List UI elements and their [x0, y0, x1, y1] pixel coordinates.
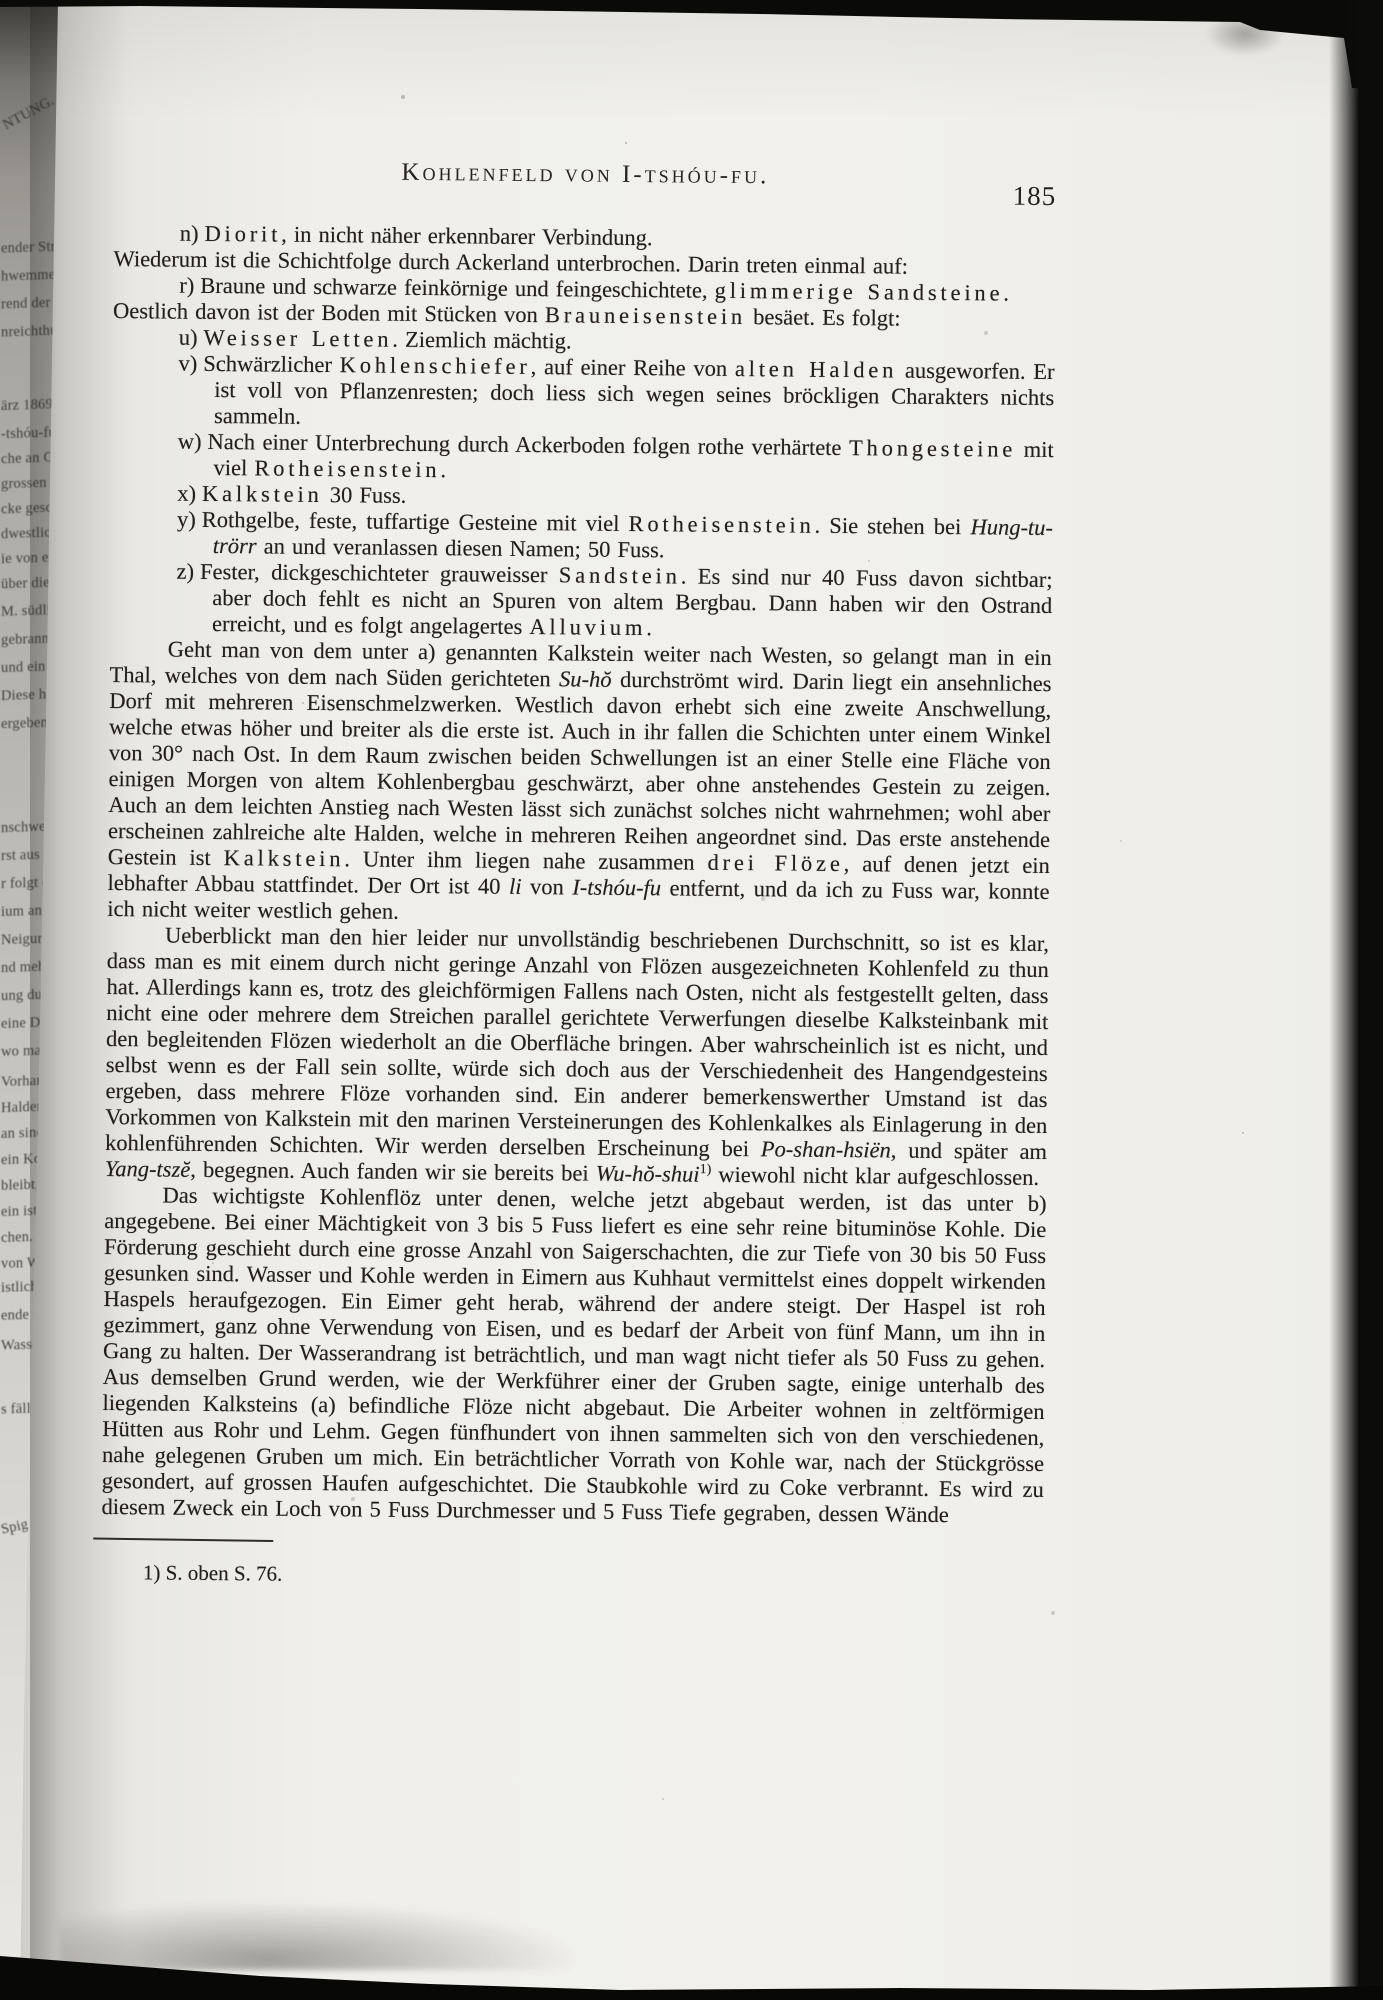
text-segment: Kalkstein — [224, 845, 345, 871]
text-segment: Schwärzlicher — [203, 351, 340, 377]
list-item-z: z)Fester, dickgeschichteter grauweisser … — [110, 558, 1053, 645]
bleed-text-fragment: rst aus nie — [1, 847, 62, 864]
text-segment: Thongesteine — [849, 435, 1016, 462]
text-segment: Weisser Letten — [203, 325, 392, 352]
item-label: v) — [178, 351, 203, 376]
bleed-text-fragment: Neigungsw — [1, 931, 69, 948]
page-number: 185 — [1013, 181, 1057, 212]
text-segment: wiewohl nicht klar aufgeschlossen. — [711, 1162, 1039, 1190]
text-segment: alten Halden — [735, 356, 898, 383]
paragraph: Geht man von dem unter a) genannten Kalk… — [107, 636, 1052, 931]
paragraph: Das wichtigste Kohlenflöz unter denen, w… — [101, 1182, 1046, 1529]
text-segment: . — [1003, 281, 1009, 306]
text-segment: an und veranlassen diesen Namen; 50 Fuss… — [256, 533, 664, 562]
text-segment: li — [509, 874, 522, 899]
text-segment: . Ziemlich mächtig. — [392, 327, 571, 354]
bleed-text-fragment: über die Ber — [1, 575, 75, 593]
bleed-text-fragment: an sind w — [1, 1125, 58, 1142]
text-segment: Rotheisenstein — [254, 455, 440, 482]
text-segment: durchströmt wird. Darin liegt ein ansehn… — [108, 667, 1052, 870]
bleed-text-fragment: M. südli — [1, 603, 51, 620]
bleed-text-fragment: Spig — [0, 1517, 30, 1537]
bleed-text-fragment: gebrannt sei — [1, 631, 74, 649]
text-segment: . Unter ihm liegen nahe zusammen — [344, 846, 707, 874]
bleed-text-fragment: istlich w — [1, 1279, 52, 1296]
text-segment: Kalkstein — [202, 481, 323, 507]
bleed-text-fragment: grossen Trup — [1, 475, 79, 493]
bleed-text-fragment: ung durch i — [1, 987, 69, 1004]
text-segment: , begegnen. Auch fanden wir sie bereits … — [190, 1157, 596, 1186]
text-segment: Diorit — [204, 221, 281, 247]
text-segment: glimmerige Sandsteine — [715, 278, 1004, 306]
scanned-book-page: NTUNG.ender Strom nihwemmen. Aufrend der… — [0, 0, 1383, 2000]
bleed-text-fragment: und ein ka — [1, 659, 63, 676]
text-segment: besäet. Es folgt: — [746, 304, 901, 330]
text-segment: Fester, dickgeschichteter grauweisser — [200, 559, 559, 587]
footnote-rule — [93, 1537, 273, 1542]
bleed-text-fragment: wo man n — [1, 1043, 60, 1060]
text-segment: Brauneisenstein — [545, 302, 746, 329]
list-item-y: y)Rothgelbe, feste, tuffartige Gesteine … — [111, 506, 1053, 567]
bleed-text-fragment: che an Ort u — [1, 450, 75, 468]
item-label: z) — [176, 559, 200, 584]
bleed-text-fragment: Vorhanden — [1, 1073, 65, 1090]
bleed-text-fragment: nreichthum au — [1, 322, 87, 340]
item-label: y) — [177, 507, 202, 532]
text-segment: Ueberblickt man den hier leider nur unvo… — [105, 923, 1049, 1162]
text-segment: Alluvium — [529, 614, 646, 640]
text-segment: Das wichtigste Kohlenflöz unter denen, w… — [101, 1183, 1046, 1528]
bleed-text-fragment: nd mehr in — [1, 959, 66, 976]
item-label: u) — [179, 325, 204, 350]
bleed-text-fragment: nschwellun — [1, 819, 69, 836]
bleed-text-fragment: bleibt, m — [1, 1177, 54, 1194]
bleed-text-fragment: ein Kohlen — [1, 1151, 67, 1168]
bleed-text-fragment: -tshóu-fu erli — [1, 425, 80, 443]
item-label: n) — [180, 221, 205, 246]
page-content: Kohlenfeld von I-tshóu-fu. 185 n)Diorit,… — [101, 0, 1058, 1594]
bleed-text-fragment: Wasser — [1, 1337, 44, 1353]
text-segment: Po-shan-hsiën — [761, 1136, 891, 1162]
bleed-text-fragment: ergeben ein — [1, 715, 70, 732]
text-segment: I-tshóu-fu — [572, 874, 661, 900]
text-segment: Rotheisenstein — [628, 511, 814, 538]
paragraph: Ueberblickt man den hier leider nur unvo… — [105, 922, 1049, 1191]
text-segment: Su-hŏ — [559, 666, 612, 692]
bleed-text-fragment: Halden sin — [1, 1099, 65, 1116]
bleed-text-fragment: Diese hält — [1, 687, 61, 704]
bleed-text-fragment: ärz 1869). — [1, 397, 62, 414]
facing-page-strip: NTUNG.ender Strom nihwemmen. Aufrend der… — [0, 0, 62, 2000]
item-label: x) — [177, 481, 202, 506]
text-segment: . — [646, 615, 652, 640]
item-label: w) — [178, 429, 208, 454]
bleed-text-fragment: dwestlich vo — [1, 525, 77, 543]
text-segment: Braune und schwarze feinkörnige und fein… — [200, 273, 715, 303]
bleed-text-fragment: NTUNG. — [1, 94, 57, 133]
text-segment: , und später am — [891, 1138, 1047, 1164]
bleed-text-fragment: von Wesi — [1, 1255, 56, 1272]
item-label: r) — [179, 273, 200, 298]
text-segment: Oestlich davon ist der Boden mit Stücken… — [113, 298, 545, 327]
bleed-text-fragment: cke geschwär — [1, 500, 82, 518]
bleed-text-fragment: ium angel — [1, 903, 60, 920]
text-segment: Wu-hŏ-shui — [596, 1161, 700, 1187]
bleed-text-fragment: ender Strom ni — [1, 238, 90, 256]
text-segment: . — [440, 457, 446, 482]
text-body: n)Diorit, in nicht näher erkennbarer Ver… — [101, 220, 1055, 1529]
bleed-text-fragment: ie von einig — [1, 550, 72, 567]
text-segment: . Sie stehen bei — [814, 513, 970, 539]
text-segment: Yang-tszĕ — [105, 1156, 191, 1182]
bleed-text-fragment: s fällt — [1, 1401, 35, 1417]
bleed-text-fragment: ein ist sel — [1, 1203, 58, 1220]
text-segment: , in nicht näher erkennbarer Verbindung. — [281, 222, 653, 251]
bottom-smudge — [60, 1900, 580, 1970]
text-segment: Kohlenschiefer — [340, 352, 531, 379]
text-segment: Sandstein — [559, 562, 681, 588]
running-header: Kohlenfeld von I-tshóu-fu. — [114, 156, 1056, 193]
text-segment: drei Flöze — [707, 850, 843, 876]
bleed-text-fragment: ende de — [1, 1307, 47, 1324]
bleed-text-fragment: rend der Sand — [1, 295, 84, 313]
bleed-text-fragment: eine Dorf — [1, 1015, 58, 1032]
text-segment: Rothgelbe, feste, tuffartige Gesteine mi… — [202, 507, 629, 536]
text-segment: 30 Fuss. — [323, 482, 407, 508]
text-segment: , auf einer Reihe von — [531, 354, 735, 381]
bleed-text-fragment: hwemmen. Auf — [1, 266, 93, 284]
text-segment: 1) — [700, 1162, 712, 1177]
list-item-w: w)Nach einer Unterbrechung durch Ackerbo… — [111, 428, 1053, 489]
footnote: 1) S. oben S. 76. — [101, 1560, 1043, 1594]
scan-edge-right — [1329, 0, 1383, 2000]
bleed-text-fragment: chen. Der — [1, 1229, 59, 1246]
text-segment: von — [521, 874, 572, 899]
bleed-text-fragment: r folgt ein — [1, 875, 60, 892]
list-item-v: v)Schwärzlicher Kohlenschiefer, auf eine… — [112, 350, 1055, 437]
